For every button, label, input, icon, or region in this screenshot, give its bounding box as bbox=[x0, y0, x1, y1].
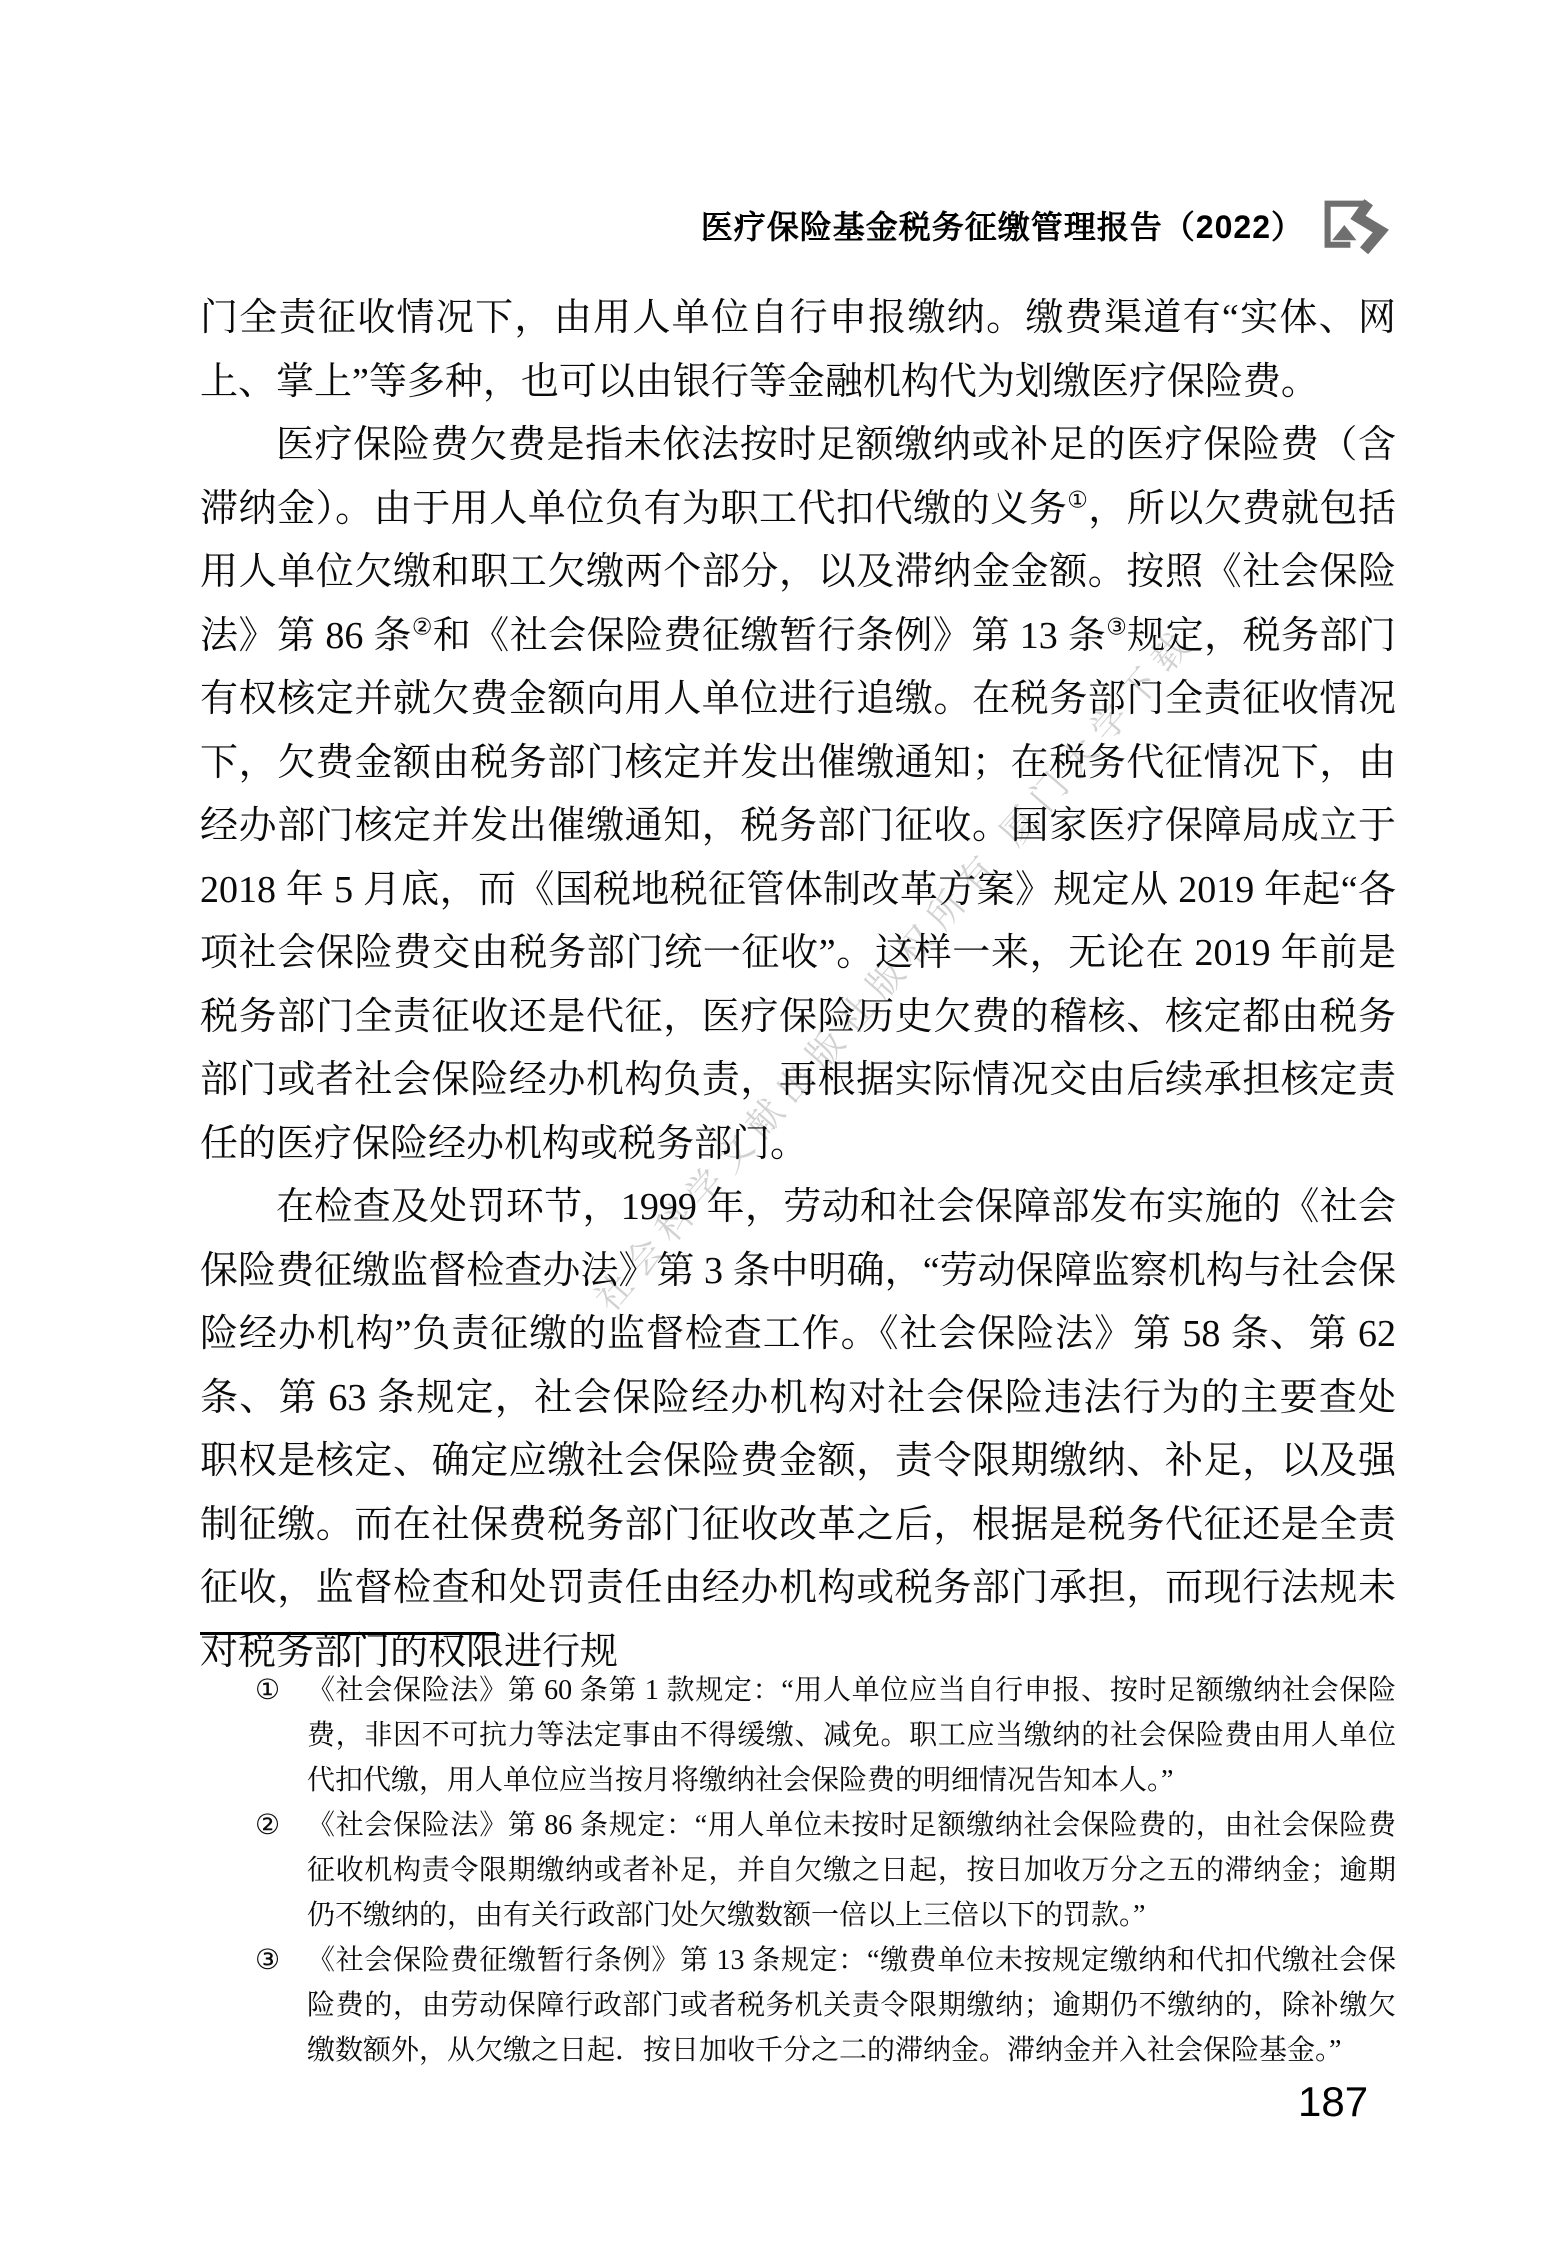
running-head: 医疗保险基金税务征缴管理报告（2022） bbox=[200, 196, 1396, 254]
footnote-text: 《社会保险费征缴暂行条例》第 13 条规定：“缴费单位未按规定缴纳和代扣代缴社会… bbox=[307, 1938, 1396, 2073]
body-paragraph: 医疗保险费欠费是指未依法按时足额缴纳或补足的医疗保险费（含滞纳金）。由于用人单位… bbox=[200, 414, 1396, 1176]
footnote-text: 《社会保险法》第 60 条第 1 款规定：“用人单位应当自行申报、按时足额缴纳社… bbox=[307, 1668, 1396, 1803]
running-head-title: 医疗保险基金税务征缴管理报告（2022） bbox=[701, 202, 1304, 248]
footnote-marker: ① bbox=[255, 1668, 307, 1803]
body-text: 门全责征收情况下，由用人单位自行申报缴纳。缴费渠道有“实体、网上、掌上”等多种，… bbox=[200, 287, 1396, 1684]
document-page: 社会科学文献出版社版权所有 厦门大学下载 医疗保险基金税务征缴管理报告（2022… bbox=[0, 0, 1556, 2244]
footnote-separator bbox=[200, 1632, 496, 1635]
footnote-marker: ② bbox=[255, 1803, 307, 1938]
footnote-item: ③ 《社会保险费征缴暂行条例》第 13 条规定：“缴费单位未按规定缴纳和代扣代缴… bbox=[200, 1938, 1396, 2073]
footnote-item: ② 《社会保险法》第 86 条规定：“用人单位未按时足额缴纳社会保险费的，由社会… bbox=[200, 1803, 1396, 1938]
publisher-logo-icon bbox=[1320, 196, 1396, 254]
page-number: 187 bbox=[1298, 2078, 1368, 2126]
footnotes: ① 《社会保险法》第 60 条第 1 款规定：“用人单位应当自行申报、按时足额缴… bbox=[200, 1668, 1396, 2073]
footnote-text: 《社会保险法》第 86 条规定：“用人单位未按时足额缴纳社会保险费的，由社会保险… bbox=[307, 1803, 1396, 1938]
body-paragraph: 在检查及处罚环节，1999 年，劳动和社会保障部发布实施的《社会保险费征缴监督检… bbox=[200, 1176, 1396, 1684]
body-paragraph: 门全责征收情况下，由用人单位自行申报缴纳。缴费渠道有“实体、网上、掌上”等多种，… bbox=[200, 287, 1396, 414]
footnote-marker: ③ bbox=[255, 1938, 307, 2073]
footnote-item: ① 《社会保险法》第 60 条第 1 款规定：“用人单位应当自行申报、按时足额缴… bbox=[200, 1668, 1396, 1803]
